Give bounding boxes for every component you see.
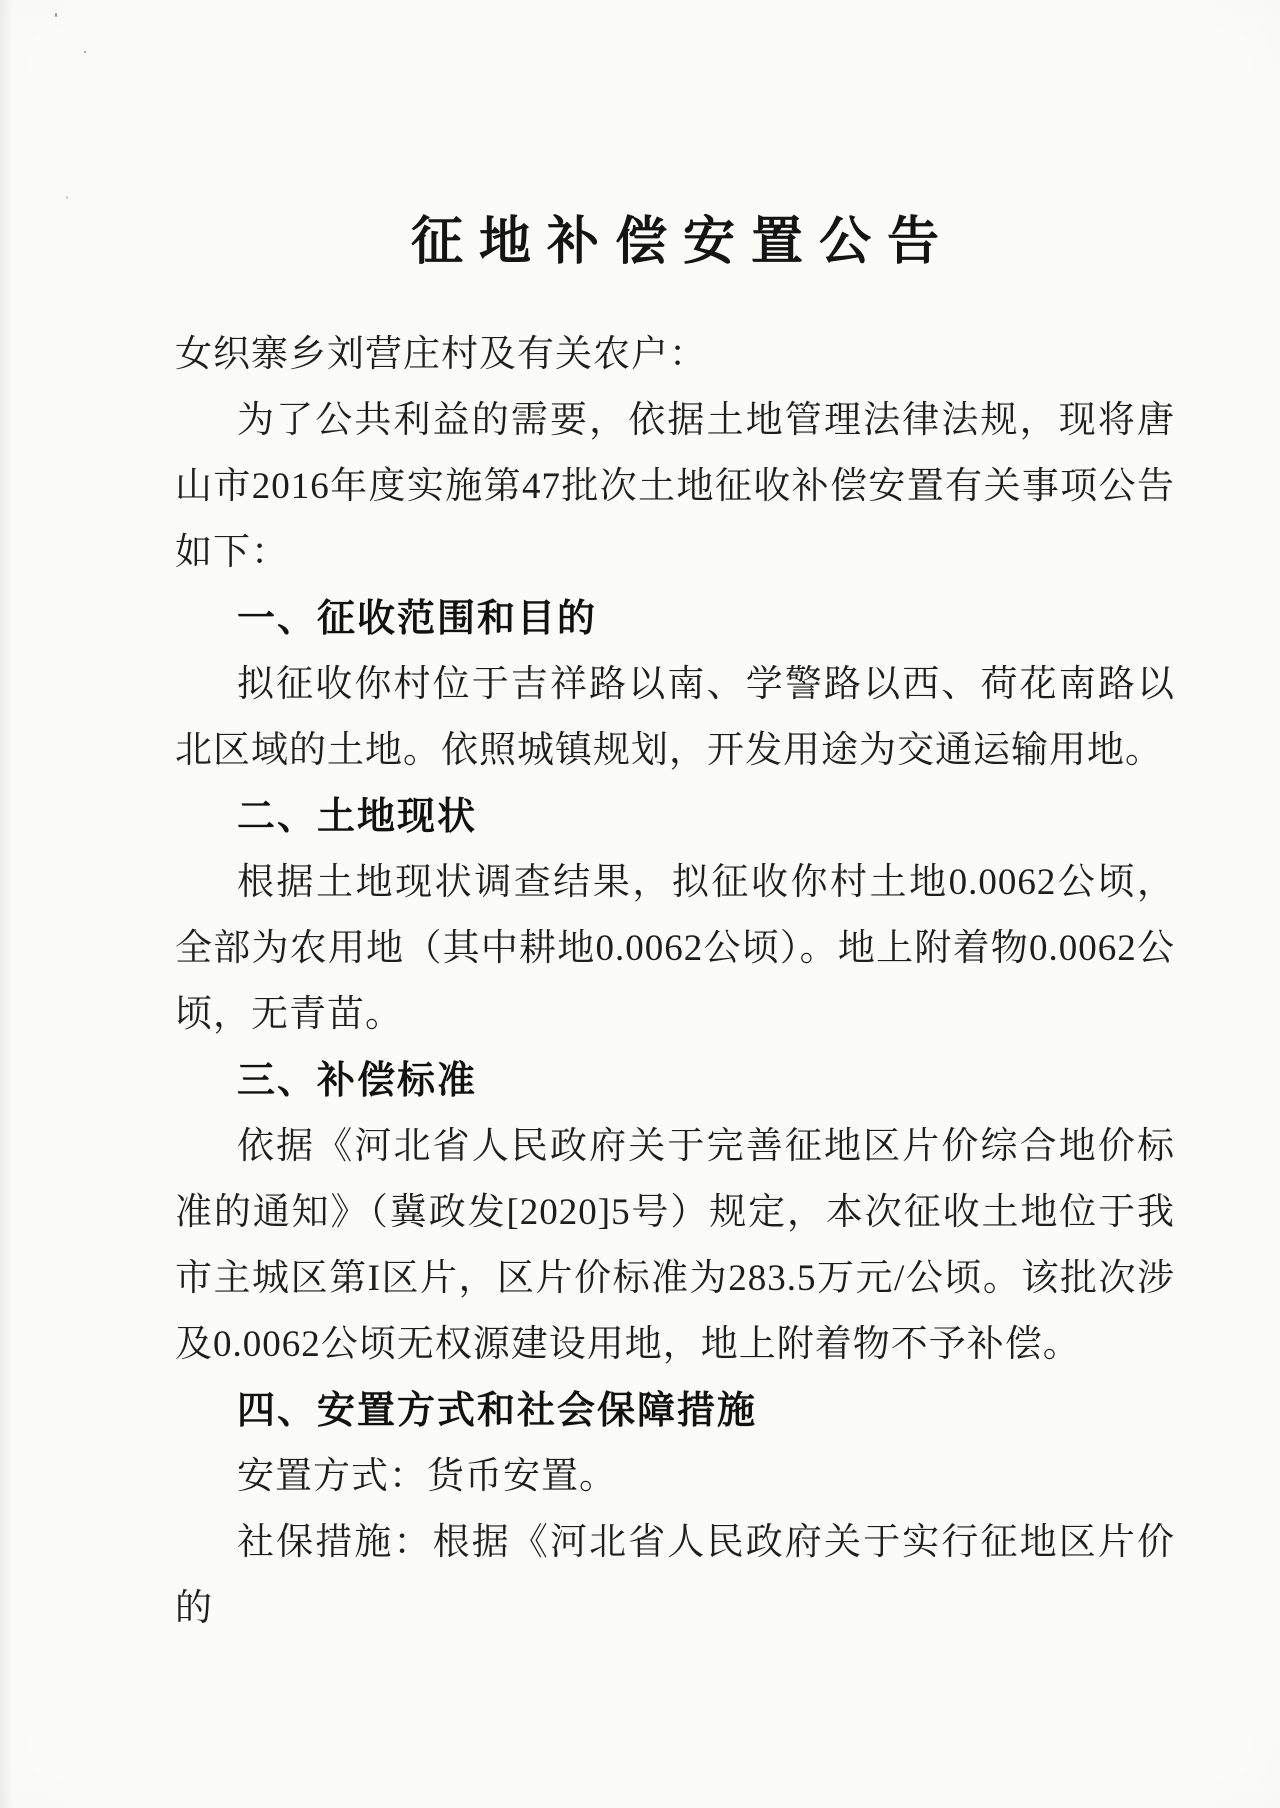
document-content: 征地补偿安置公告 女织寨乡刘营庄村及有关农户： 为了公共利益的需要，依据土地管理… (175, 0, 1175, 1642)
document-page: 征地补偿安置公告 女织寨乡刘营庄村及有关农户： 为了公共利益的需要，依据土地管理… (0, 0, 1280, 1808)
section-4: 四、安置方式和社会保障措施 安置方式：货币安置。 社保措施：根据《河北省人民政府… (175, 1378, 1175, 1642)
section-1-paragraph-1: 拟征收你村位于吉祥路以南、学警路以西、荷花南路以北区域的土地。依照城镇规划，开发… (175, 652, 1175, 784)
document-body: 女织寨乡刘营庄村及有关农户： 为了公共利益的需要，依据土地管理法律法规，现将唐山… (175, 322, 1175, 1642)
section-4-paragraph-1: 安置方式：货币安置。 (175, 1444, 1175, 1510)
section-2-paragraph-1: 根据土地现状调查结果，拟征收你村土地0.0062公顷，全部为农用地（其中耕地0.… (175, 850, 1175, 1048)
section-1: 一、征收范围和目的 拟征收你村位于吉祥路以南、学警路以西、荷花南路以北区域的土地… (175, 586, 1175, 784)
section-2-heading: 二、土地现状 (175, 784, 1175, 850)
section-4-heading: 四、安置方式和社会保障措施 (175, 1378, 1175, 1444)
page-title: 征地补偿安置公告 (175, 0, 1175, 274)
intro-paragraph: 为了公共利益的需要，依据土地管理法律法规，现将唐山市2016年度实施第47批次土… (175, 388, 1175, 586)
salutation: 女织寨乡刘营庄村及有关农户： (175, 322, 1175, 388)
section-3-heading: 三、补偿标准 (175, 1048, 1175, 1114)
scan-speck (84, 51, 86, 53)
section-3-paragraph-1: 依据《河北省人民政府关于完善征地区片价综合地价标准的通知》（冀政发[2020]5… (175, 1114, 1175, 1378)
scan-edge-streak (0, 0, 12, 1808)
scan-speck (66, 196, 68, 199)
section-1-heading: 一、征收范围和目的 (175, 586, 1175, 652)
section-4-paragraph-2: 社保措施：根据《河北省人民政府关于实行征地区片价的 (175, 1510, 1175, 1642)
section-3: 三、补偿标准 依据《河北省人民政府关于完善征地区片价综合地价标准的通知》（冀政发… (175, 1048, 1175, 1378)
section-2: 二、土地现状 根据土地现状调查结果，拟征收你村土地0.0062公顷，全部为农用地… (175, 784, 1175, 1048)
scan-speck (55, 13, 57, 17)
